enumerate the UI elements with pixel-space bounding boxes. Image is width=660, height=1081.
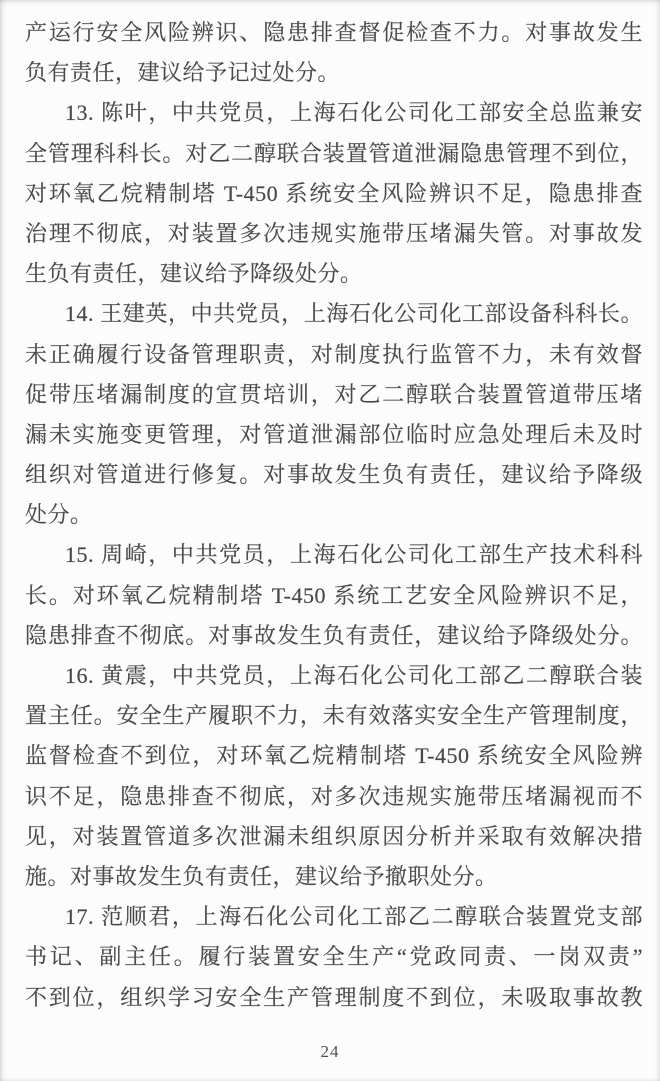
text-line: 15. 周崎，中共党员，上海石化公司化工部生产技术科科 xyxy=(25,535,643,575)
text-line: 隐患排查不彻底。对事故发生负有责任，建议给予降级处分。 xyxy=(25,616,643,656)
text-line: 未正确履行设备管理职责，对制度执行监管不力，未有效督 xyxy=(25,335,643,375)
text-line: 17. 范顺君，上海石化公司化工部乙二醇联合装置党支部 xyxy=(25,897,643,937)
text-line: 长。对环氧乙烷精制塔 T-450 系统工艺安全风险辨识不足， xyxy=(25,576,643,616)
page-number: 24 xyxy=(0,1042,660,1062)
text-line: 不到位，组织学习安全生产管理制度不到位，未吸取事故教 xyxy=(25,978,643,1018)
text-line: 负有责任，建议给予记过处分。 xyxy=(25,53,643,93)
text-line: 促带压堵漏制度的宣贯培训，对乙二醇联合装置管道带压堵 xyxy=(25,375,643,415)
text-line: 漏未实施变更管理，对管道泄漏部位临时应急处理后未及时 xyxy=(25,415,643,455)
text-line: 识不足，隐患排查不彻底，对多次违规实施带压堵漏视而不 xyxy=(25,777,643,817)
document-page: 产运行安全风险辨识、隐患排查督促检查不力。对事故发生负有责任，建议给予记过处分。… xyxy=(0,0,660,1081)
text-line: 治理不彻底，对装置多次违规实施带压堵漏失管。对事故发 xyxy=(25,214,643,254)
text-line: 监督检查不到位，对环氧乙烷精制塔 T-450 系统安全风险辨 xyxy=(25,736,643,776)
text-line: 16. 黄震，中共党员，上海石化公司化工部乙二醇联合装 xyxy=(25,656,643,696)
text-line: 处分。 xyxy=(25,495,643,535)
text-line: 产运行安全风险辨识、隐患排查督促检查不力。对事故发生 xyxy=(25,13,643,53)
text-line: 书记、副主任。履行装置安全生产“党政同责、一岗双责” xyxy=(25,937,643,977)
text-line: 13. 陈叶，中共党员，上海石化公司化工部安全总监兼安 xyxy=(25,93,643,133)
text-line: 见，对装置管道多次泄漏未组织原因分析并采取有效解决措 xyxy=(25,817,643,857)
text-line: 对环氧乙烷精制塔 T-450 系统安全风险辨识不足，隐患排查 xyxy=(25,174,643,214)
text-line: 全管理科科长。对乙二醇联合装置管道泄漏隐患管理不到位， xyxy=(25,134,643,174)
text-line: 置主任。安全生产履职不力，未有效落实安全生产管理制度， xyxy=(25,696,643,736)
text-line: 组织对管道进行修复。对事故发生负有责任，建议给予降级 xyxy=(25,455,643,495)
text-line: 施。对事故发生负有责任，建议给予撤职处分。 xyxy=(25,857,643,897)
text-line: 生负有责任，建议给予降级处分。 xyxy=(25,254,643,294)
document-text: 产运行安全风险辨识、隐患排查督促检查不力。对事故发生负有责任，建议给予记过处分。… xyxy=(25,13,643,1018)
text-line: 14. 王建英，中共党员，上海石化公司化工部设备科科长。 xyxy=(25,294,643,334)
